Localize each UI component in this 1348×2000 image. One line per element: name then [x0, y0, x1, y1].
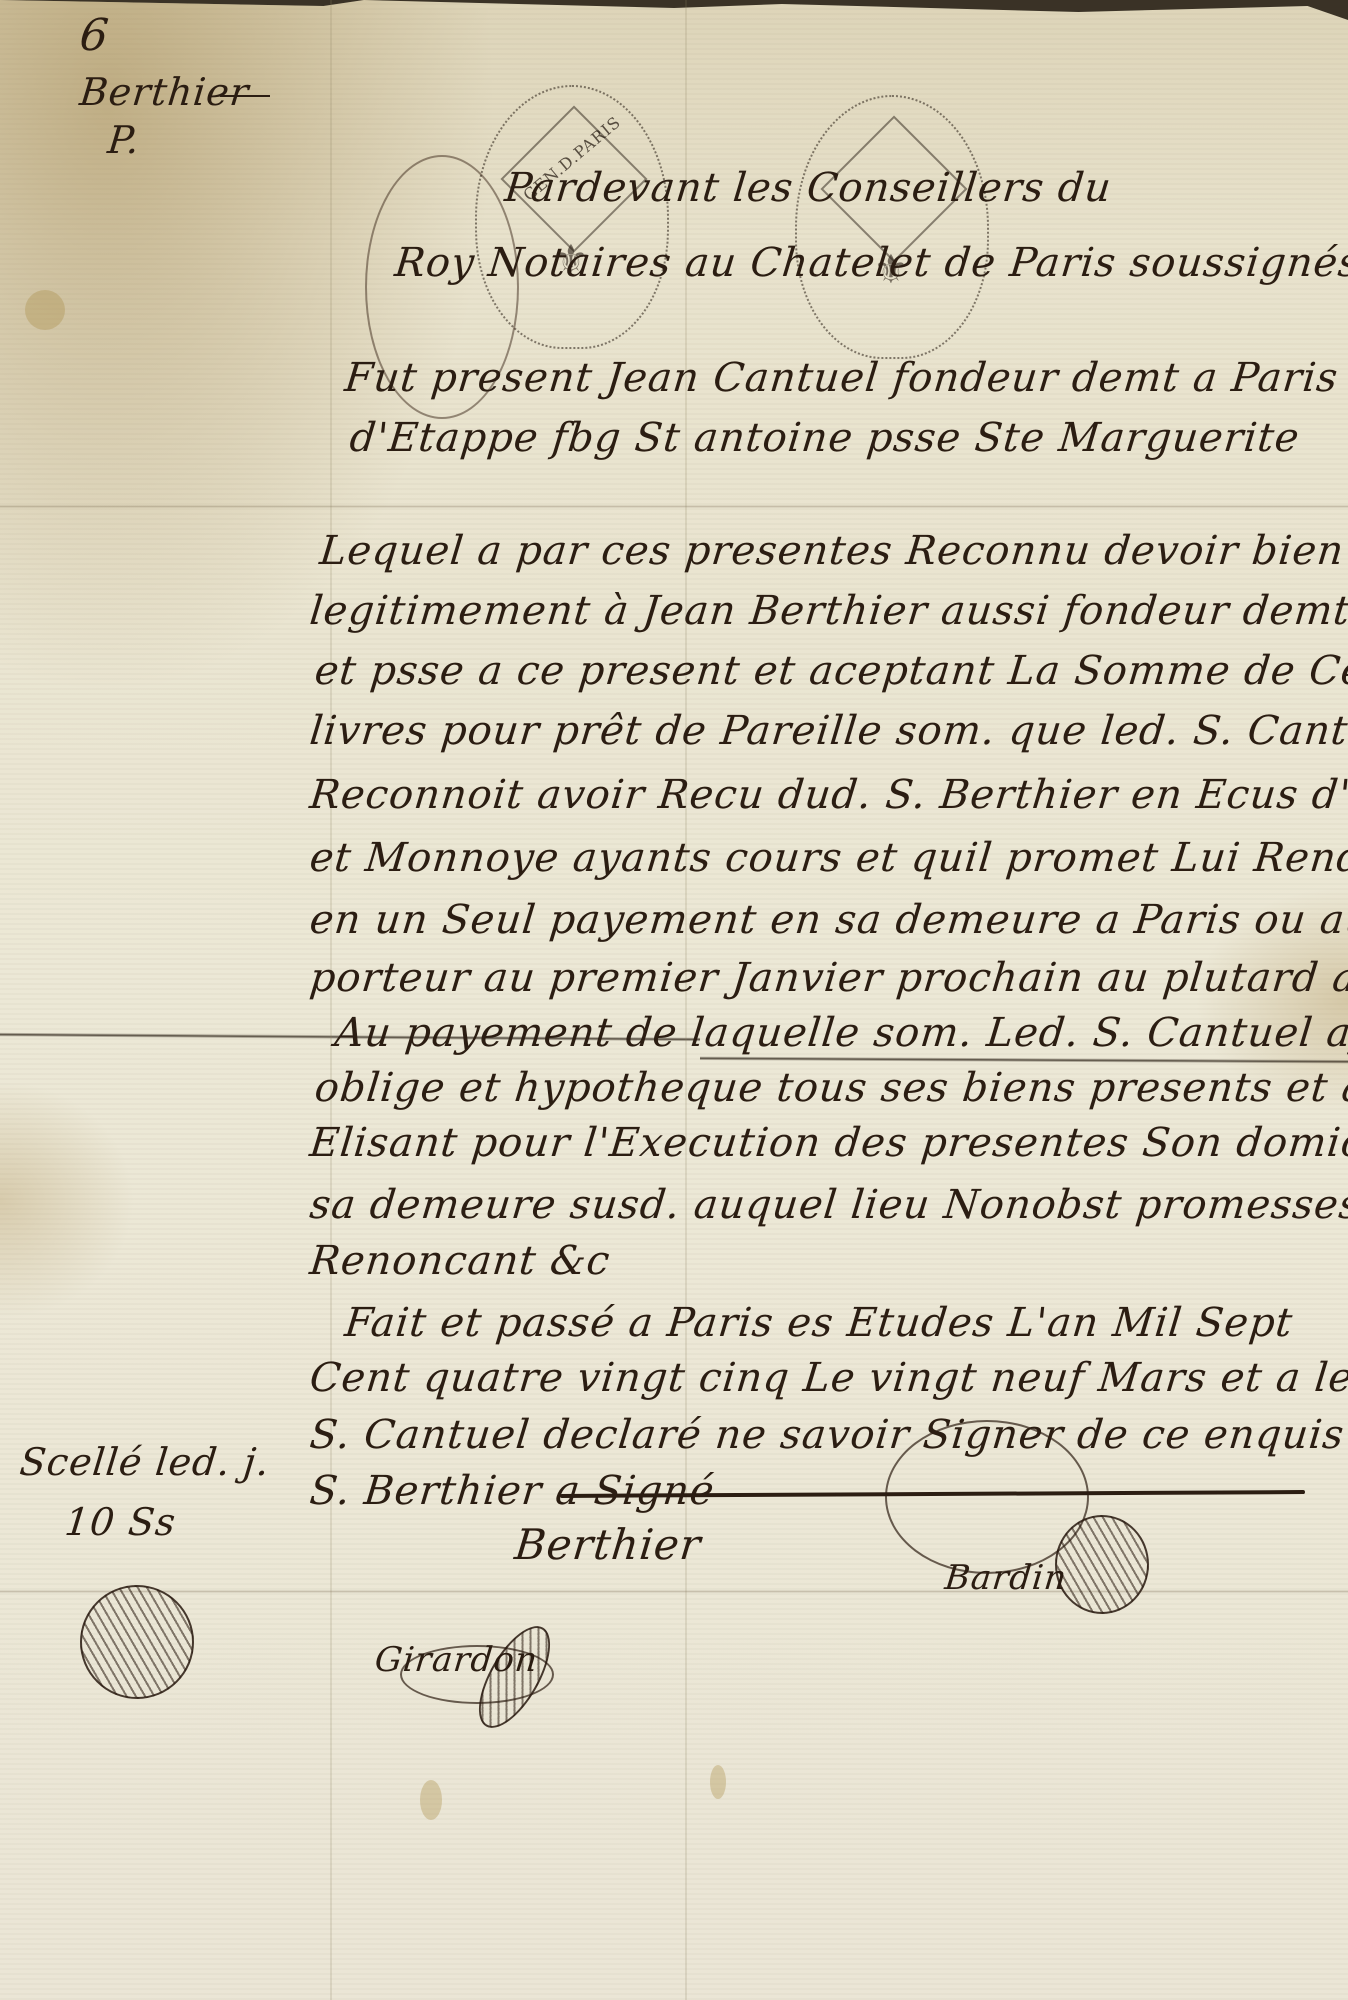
text-line: sa demeure susd. auquel lieu Nonobst pro… — [308, 1182, 1348, 1228]
text-line: Cent quatre vingt cinq Le vingt neuf Mar… — [308, 1355, 1348, 1401]
text-line: oblige et hypotheque tous ses biens pres… — [313, 1065, 1348, 1111]
stain — [25, 290, 65, 330]
text-line: porteur au premier Janvier prochain au p… — [308, 955, 1348, 1001]
text-line: Au payement de laquelle som. Led. S. Can… — [333, 1010, 1348, 1056]
text-line: Reconnoit avoir Recu dud. S. Berthier en… — [308, 772, 1348, 818]
fold-line — [0, 1590, 1348, 1593]
text-line: S. Cantuel declaré ne savoir Signer de c… — [308, 1412, 1348, 1458]
text-line: Pardevant les Conseillers du — [503, 165, 1114, 211]
text-line: Fait et passé a Paris es Etudes L'an Mil… — [343, 1300, 1296, 1346]
text-line: et psse a ce present et aceptant La Somm… — [313, 648, 1348, 694]
text-line: d'Etappe fbg St antoine psse Ste Marguer… — [348, 415, 1302, 461]
text-line: Fut present Jean Cantuel fondeur demt a … — [343, 355, 1348, 401]
text-line: S. Berthier a Signé — [308, 1468, 717, 1514]
stain — [420, 1780, 442, 1820]
text-line: Renoncant &c — [308, 1238, 613, 1284]
fold-line — [0, 505, 1348, 508]
stain — [710, 1765, 726, 1799]
signature-bardin: Bardin — [943, 1558, 1069, 1598]
paraph-mark — [80, 1585, 194, 1699]
text-line: livres pour prêt de Pareille som. que le… — [308, 708, 1348, 754]
margin-fee-note: 10 Ss — [63, 1500, 179, 1544]
text-line: Elisant pour l'Execution des presentes S… — [308, 1120, 1348, 1166]
margin-initial: P. — [106, 118, 143, 162]
text-line: Lequel a par ces presentes Reconnu devoi… — [318, 528, 1348, 574]
margin-name: Berthier — [78, 70, 252, 114]
margin-number: 6 — [77, 10, 111, 61]
margin-seal-note: Scellé led. j. — [18, 1440, 272, 1484]
text-line: Roy Notaires au Chatelet de Paris soussi… — [393, 240, 1348, 286]
text-line: en un Seul payement en sa demeure a Pari… — [308, 897, 1348, 943]
text-line: legitimement à Jean Berthier aussi fonde… — [308, 588, 1348, 634]
margin-underline — [220, 95, 270, 97]
tax-stamp: ⚜ — [795, 95, 989, 359]
paraph-mark — [1055, 1515, 1149, 1614]
signature-berthier: Berthier — [512, 1520, 703, 1569]
text-line: et Monnoye ayants cours et quil promet L… — [308, 835, 1348, 881]
